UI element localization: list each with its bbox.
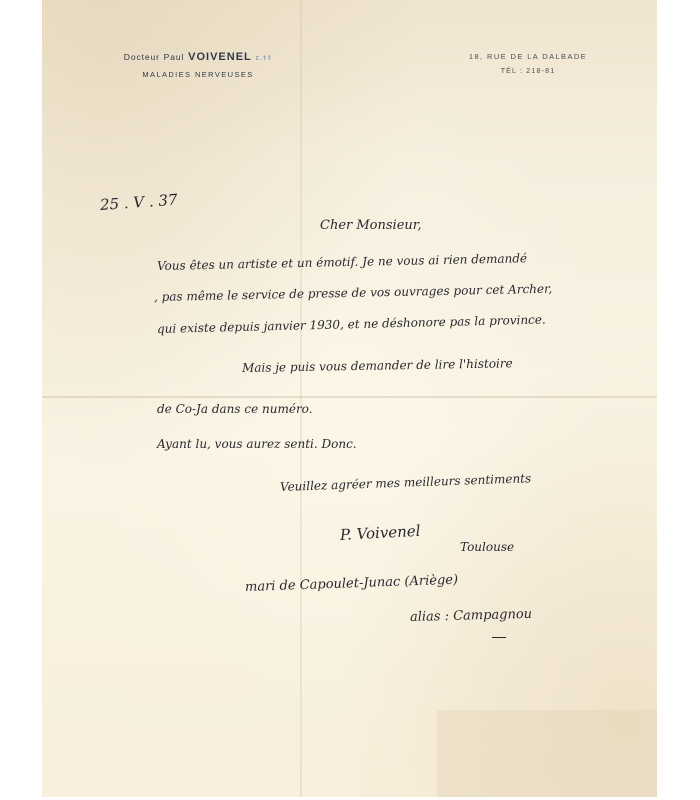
- postscript-line-1: mari de Capoulet-Junac (Ariège): [245, 573, 459, 595]
- signature-place: Toulouse: [460, 540, 514, 554]
- body-line-2: , pas même le service de presse de vos o…: [154, 282, 553, 304]
- letter-paper: Docteur Paul VOIVENEL c.⚕⚕ MALADIES NERV…: [42, 0, 657, 797]
- underline-mark: [492, 637, 506, 638]
- telephone: TÉL : 218-81: [458, 68, 598, 75]
- decorations-icon: c.⚕⚕: [256, 55, 273, 62]
- sender-name: Docteur Paul VOIVENEL c.⚕⚕: [98, 51, 298, 63]
- street-address: 18, RUE DE LA DALBADE: [458, 52, 598, 61]
- body-line-5: de Co-Ja dans ce numéro.: [157, 402, 313, 416]
- paper-stain: [437, 710, 657, 797]
- sender-prefix: Docteur: [124, 52, 160, 62]
- closing-line: Veuillez agréer mes meilleurs sentiments: [280, 471, 532, 494]
- sender-last-name: VOIVENEL: [188, 51, 252, 63]
- salutation: Cher Monsieur,: [320, 218, 422, 233]
- letterhead-address: 18, RUE DE LA DALBADE TÉL : 218-81: [458, 52, 598, 75]
- body-line-1: Vous êtes un artiste et un émotif. Je ne…: [157, 251, 527, 273]
- fold-line-vertical: [300, 0, 302, 797]
- letter-date: 25 . V . 37: [99, 191, 178, 214]
- body-line-3: qui existe depuis janvier 1930, et ne dé…: [157, 313, 546, 336]
- body-line-6: Ayant lu, vous aurez senti. Donc.: [157, 437, 357, 451]
- fold-line-horizontal: [42, 396, 657, 398]
- postscript-line-2: alias : Campagnou: [410, 607, 532, 625]
- sender-specialty: MALADIES NERVEUSES: [98, 70, 298, 79]
- sender-first-name: Paul: [164, 52, 185, 62]
- letterhead-sender: Docteur Paul VOIVENEL c.⚕⚕ MALADIES NERV…: [98, 51, 298, 79]
- signature: P. Voivenel: [340, 522, 421, 544]
- body-line-4: Mais je puis vous demander de lire l'his…: [242, 356, 513, 375]
